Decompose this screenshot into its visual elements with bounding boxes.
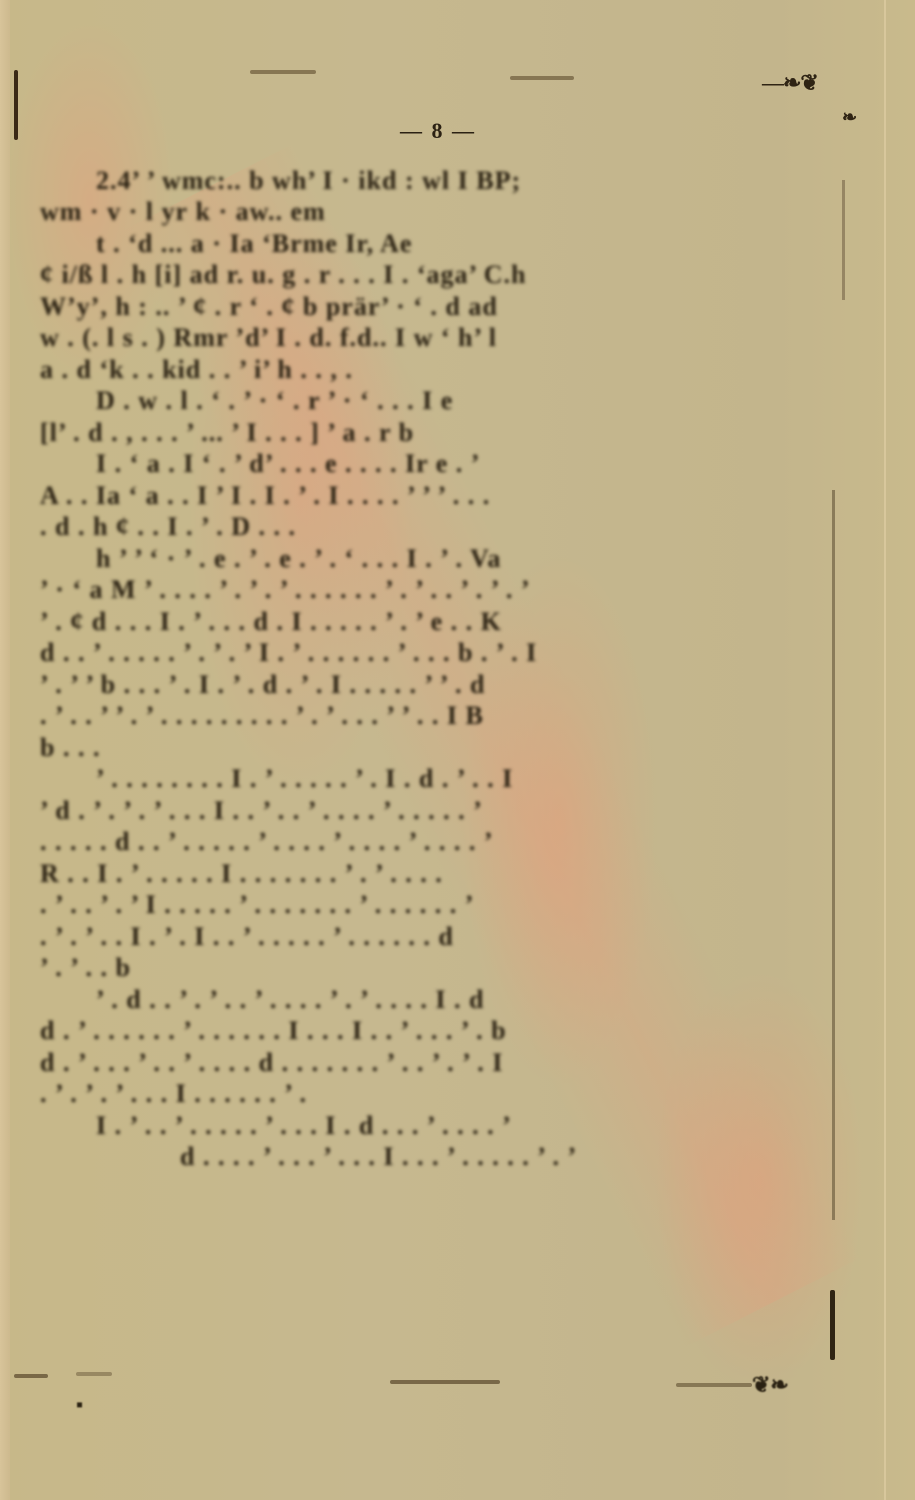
text-line: . ’ . ’ . . I . ’ . I . . ’ . . . . . ’ …	[40, 921, 800, 953]
text-line: d . ’ . . . ’ . . ’ . . . . d . . . . . …	[40, 1047, 800, 1079]
text-line: a . d ‘k . . kid . . ’ i’ h . . , .	[40, 354, 800, 386]
text-line: ’ . d . . ’ . ’ . . ’ . . . . ’ . ’ . . …	[40, 984, 800, 1016]
text-line: . ’ . . ’ ’ . ’ . . . . . . . . . ’ . ’ …	[40, 701, 800, 733]
text-line: I . ’ . . ’ . . . . . ’ . . . I . d . . …	[40, 1110, 800, 1142]
paragraph: I . ‘ a . I ‘ . ’ d’ . . . e . . . . Ir …	[40, 449, 800, 544]
text-line: t . ‘d ... a · Ia ‘Brme Ir, Ae	[40, 228, 800, 260]
scanned-page: —❧❦ ❧ — 8 — 2.4’ ’ wmc:.. b wh’ I · ikd …	[0, 0, 915, 1500]
text-line: . ’ . . ’ . ’ I . . . . . ’ . . . . . . …	[40, 890, 800, 922]
text-line: ’ . ’ ’ b . . . ’ . I . ’ . d . ’ . I . …	[40, 669, 800, 701]
page-number: ▪	[76, 1394, 83, 1417]
paragraph: h ’ ’ ‘ · ’ . e . ’ . e . ’ . ‘ . . . I …	[40, 543, 800, 764]
right-margin-rule-top	[842, 180, 845, 300]
text-line: R . . I . ’ . . . . . I . . . . . . . ’ …	[40, 858, 800, 890]
right-margin-stem	[830, 1290, 835, 1360]
paragraph: t . ‘d ... a · Ia ‘Brme Ir, Ae¢ i/ß l . …	[40, 228, 800, 386]
text-line: ’ d . ’ . ’ . ’ . . . I . . ’ . . ’ . . …	[40, 795, 800, 827]
text-line: . ’ . ’ . ’ . . . I . . . . . . ’ .	[40, 1079, 800, 1111]
footer-rule-left	[76, 1372, 112, 1376]
corner-ornament-top-right: —❧❦	[762, 72, 818, 94]
text-line: d . . ’ . . . . . ’ . ’ . ’ I . ’ . . . …	[40, 638, 800, 670]
text-line: w . (. l s . ) Rmr ’d’ I . d. f.d.. I w …	[40, 323, 800, 355]
text-line: I . ‘ a . I ‘ . ’ d’ . . . e . . . . Ir …	[40, 449, 800, 481]
footer-rule-center	[390, 1380, 500, 1384]
text-line: 2.4’ ’ wmc:.. b wh’ I · ikd : wl I BP;	[40, 165, 800, 197]
running-head: — 8 —	[400, 118, 476, 144]
text-line: [l’ . d . , . . . ’ ... ’ I . . . ] ’ a …	[40, 417, 800, 449]
vertical-ornament-top-right: ❧	[842, 106, 856, 128]
page-right-edge	[884, 0, 886, 1500]
text-line: . . . . . d . . ’ . . . . . ’ . . . . ’ …	[40, 827, 800, 859]
text-line: ’ · ‘ a M ’ . . . . ’ . ’ . ’ . . . . . …	[40, 575, 800, 607]
paragraph: D . w . l . ‘ . ’ · ‘ . r ’ · ‘ . . . I …	[40, 386, 800, 449]
text-line: D . w . l . ‘ . ’ · ‘ . r ’ · ‘ . . . I …	[40, 386, 800, 418]
text-line: ’ . . . . . . . . I . ’ . . . . . ’ . I …	[40, 764, 800, 796]
footer-rule-far-left	[14, 1374, 48, 1378]
paragraph: ’ . . . . . . . . I . ’ . . . . . ’ . I …	[40, 764, 800, 985]
text-line: . d . h ¢ . . I . ’ . D . . .	[40, 512, 800, 544]
text-line: ’ . ¢ d . . . I . ’ . . . d . I . . . . …	[40, 606, 800, 638]
text-line: ¢ i/ß l . h [i] ad r. u. g . r . . . I .…	[40, 260, 800, 292]
text-line: W’y’, h : .. ’ ¢ . r ‘ . ¢ b prär’ · ‘ .…	[40, 291, 800, 323]
text-line: d . . . . ’ . . . ’ . . . I . . . ’ . . …	[40, 1142, 800, 1174]
right-margin-rule	[832, 490, 835, 1220]
header-rule-right	[510, 76, 574, 80]
body-text: 2.4’ ’ wmc:.. b wh’ I · ikd : wl I BP;wm…	[40, 165, 800, 1173]
paragraph: I . ’ . . ’ . . . . . ’ . . . I . d . . …	[40, 1110, 800, 1173]
page-left-edge	[0, 0, 10, 1500]
corner-ornament-bottom-right: ❦❧	[752, 1372, 789, 1398]
footer-rule-right	[676, 1383, 752, 1387]
text-line: h ’ ’ ‘ · ’ . e . ’ . e . ’ . ‘ . . . I …	[40, 543, 800, 575]
left-margin-mark	[14, 70, 18, 140]
text-line: A . . Ia ‘ a . . I ’ I . I . ’ . I . . .…	[40, 480, 800, 512]
text-line: d . ’ . . . . . . ’ . . . . . . I . . . …	[40, 1016, 800, 1048]
paragraph: ’ . d . . ’ . ’ . . ’ . . . . ’ . ’ . . …	[40, 984, 800, 1110]
header-rule-left	[250, 70, 316, 74]
paragraph: 2.4’ ’ wmc:.. b wh’ I · ikd : wl I BP;wm…	[40, 165, 800, 228]
text-line: ’ . ’ . . b	[40, 953, 800, 985]
text-line: wm · v · l yr k · aw.. em	[40, 197, 800, 229]
text-line: b . . .	[40, 732, 800, 764]
